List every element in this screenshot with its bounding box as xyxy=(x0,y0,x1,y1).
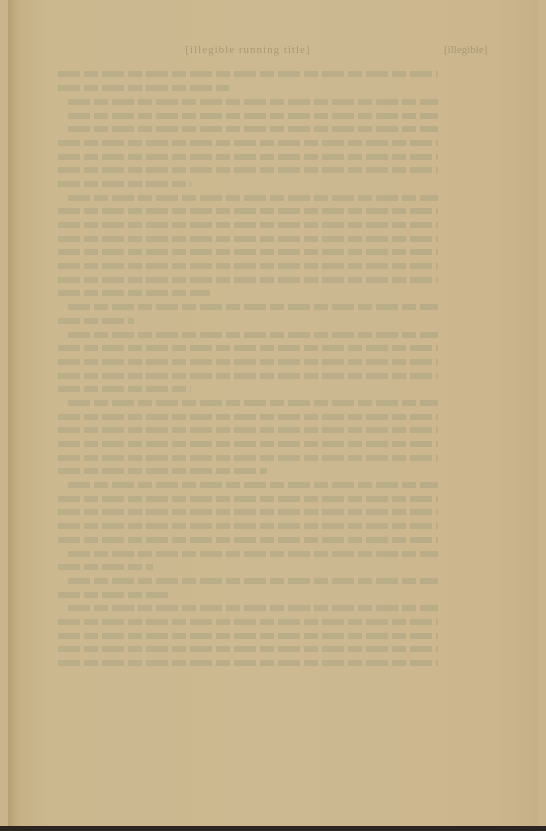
illegible-text xyxy=(68,400,438,406)
text-line xyxy=(58,369,438,383)
text-line xyxy=(58,287,438,301)
illegible-text xyxy=(58,290,210,296)
illegible-text xyxy=(58,523,438,529)
text-line xyxy=(58,410,438,424)
text-line xyxy=(58,657,438,671)
text-line xyxy=(58,95,438,109)
text-line xyxy=(58,328,438,342)
text-line xyxy=(58,492,438,506)
text-line xyxy=(58,602,438,616)
illegible-text xyxy=(58,345,438,351)
text-line xyxy=(58,123,438,137)
illegible-text xyxy=(58,277,438,283)
illegible-text xyxy=(58,633,438,639)
illegible-text xyxy=(58,660,438,666)
text-line xyxy=(58,383,438,397)
body-text xyxy=(58,68,438,670)
illegible-text xyxy=(58,85,229,91)
illegible-text xyxy=(68,99,438,105)
illegible-text xyxy=(58,441,438,447)
illegible-text xyxy=(58,427,438,433)
illegible-text xyxy=(58,140,438,146)
scan-edge xyxy=(0,826,546,831)
text-line xyxy=(58,547,438,561)
illegible-text xyxy=(58,263,438,269)
page-number: [illegible] xyxy=(444,44,470,56)
illegible-text xyxy=(58,619,438,625)
text-line xyxy=(58,260,438,274)
illegible-text xyxy=(68,578,438,584)
illegible-text xyxy=(68,332,438,338)
illegible-text xyxy=(58,318,134,324)
running-header: [illegible running title] [illegible] xyxy=(58,44,438,58)
text-line xyxy=(58,150,438,164)
illegible-text xyxy=(58,167,438,173)
illegible-text xyxy=(58,373,438,379)
illegible-text xyxy=(68,304,438,310)
page-gutter xyxy=(8,0,22,826)
illegible-text xyxy=(58,455,438,461)
running-title: [illegible running title] xyxy=(168,44,328,56)
text-line xyxy=(58,397,438,411)
text-line xyxy=(58,424,438,438)
illegible-text xyxy=(58,71,438,77)
illegible-text xyxy=(58,208,438,214)
text-line xyxy=(58,164,438,178)
text-line xyxy=(58,643,438,657)
text-line xyxy=(58,82,438,96)
illegible-text xyxy=(68,482,438,488)
text-line xyxy=(58,178,438,192)
illegible-text xyxy=(68,605,438,611)
text-line xyxy=(58,219,438,233)
text-line xyxy=(58,561,438,575)
illegible-text xyxy=(58,154,438,160)
text-line xyxy=(58,355,438,369)
illegible-text xyxy=(58,249,438,255)
illegible-text xyxy=(68,126,438,132)
text-line xyxy=(58,588,438,602)
illegible-text xyxy=(68,195,438,201)
text-line xyxy=(58,232,438,246)
illegible-text xyxy=(58,222,438,228)
text-line xyxy=(58,136,438,150)
text-line xyxy=(58,68,438,82)
book-page: [illegible running title] [illegible] xyxy=(8,0,538,826)
text-line xyxy=(58,273,438,287)
text-line xyxy=(58,616,438,630)
text-line xyxy=(58,246,438,260)
illegible-text xyxy=(58,592,172,598)
illegible-text xyxy=(58,509,438,515)
text-line xyxy=(58,629,438,643)
illegible-text xyxy=(58,564,153,570)
text-line xyxy=(58,109,438,123)
illegible-text xyxy=(58,236,438,242)
text-line xyxy=(58,301,438,315)
text-line xyxy=(58,342,438,356)
text-line xyxy=(58,520,438,534)
text-line xyxy=(58,506,438,520)
illegible-text xyxy=(58,181,191,187)
illegible-text xyxy=(58,359,438,365)
text-line xyxy=(58,314,438,328)
text-line xyxy=(58,451,438,465)
text-line xyxy=(58,479,438,493)
text-line xyxy=(58,191,438,205)
text-line xyxy=(58,574,438,588)
illegible-text xyxy=(68,551,438,557)
illegible-text xyxy=(58,496,438,502)
illegible-text xyxy=(58,468,267,474)
text-line xyxy=(58,205,438,219)
illegible-text xyxy=(68,113,438,119)
text-line xyxy=(58,438,438,452)
illegible-text xyxy=(58,537,438,543)
illegible-text xyxy=(58,414,438,420)
text-line xyxy=(58,465,438,479)
illegible-text xyxy=(58,386,191,392)
text-line xyxy=(58,533,438,547)
illegible-text xyxy=(58,646,438,652)
